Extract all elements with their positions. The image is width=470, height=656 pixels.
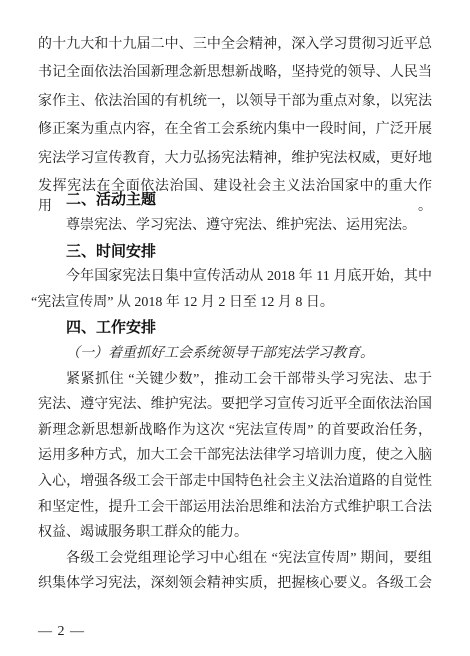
subheading-item-one: （一）着重抓好工会系统领导干部宪法学习教育。 [38,344,432,364]
document-page: 的十九大和十九届二中、三中全会精神，深入学习贯彻习近平总 书记全面依法治国新理念… [0,0,470,656]
body-line: 紧紧抓住 “关键少数”，推动工会干部带头学习宪法、忠于 [38,370,432,390]
body-line: 今年国家宪法日集中宣传活动从 2018 年 11 月底开始，其中 [38,267,432,287]
heading-work-arrangement: 四、工作安排 [38,318,432,338]
body-line: 宪法、遵守宪法、维护宪法。要把学习宣传习近平全面依法治国 [38,395,432,415]
body-line: 权益、竭诚服务职工群众的能力。 [38,523,432,543]
body-line: 运用多种方式，加大工会干部宪法法律学习培训力度，使之入脑 [38,446,432,466]
body-line: 宪法学习宣传教育，大力弘扬宪法精神，维护宪法权威，更好地 [38,149,432,169]
body-line: 新理念新思想新战略作为这次 “宪法宣传周” 的首要政治任务， [38,421,432,441]
body-line: 入心，增强各级工会干部走中国特色社会主义法治道路的自觉性 [38,472,432,492]
body-line: 和坚定性，提升工会干部运用法治思维和法治方式维护职工合法 [38,498,432,518]
body-line: 的十九大和十九届二中、三中全会精神，深入学习贯彻习近平总 [38,35,432,55]
body-line: 尊崇宪法、学习宪法、遵守宪法、维护宪法、运用宪法。 [38,216,432,236]
body-line: 各级工会党组理论学习中心组在 “宪法宣传周” 期间，要组 [38,549,432,569]
heading-time-arrangement: 三、时间安排 [38,242,432,262]
body-line: 织集体学习宪法，深刻领会精神实质，把握核心要义。各级工会 [38,574,432,594]
body-line: “宪法宣传周” 从 2018 年 12 月 2 日至 12 月 8 日。 [31,293,425,313]
page-number: — 2 — [38,622,85,642]
body-line: 书记全面依法治国新理念新思想新战略，坚持党的领导、人民当 [38,63,432,83]
body-line: 家作主、依法治国的有机统一，以领导干部为重点对象，以宪法 [38,92,432,112]
body-line: 修正案为重点内容，在全省工会系统内集中一段时间，广泛开展 [38,120,432,140]
heading-activity-theme: 二、活动主题 [38,190,432,210]
